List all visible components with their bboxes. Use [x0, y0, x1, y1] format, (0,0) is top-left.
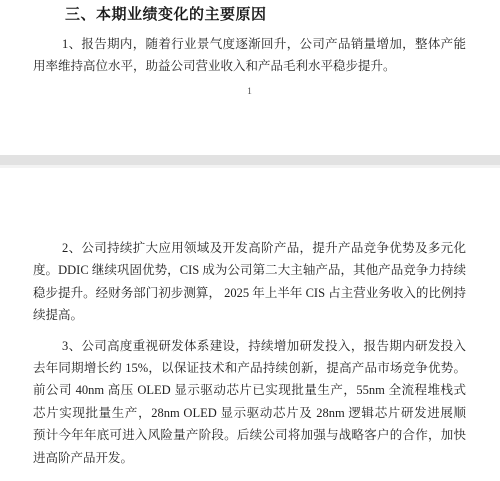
text-line: 1、报告期内，随着行业景气度逐渐回升，公司产品销量增加，整体产能利	[33, 33, 466, 55]
document-viewer: 三、本期业绩变化的主要原因 1、报告期内，随着行业景气度逐渐回升，公司产品销量增…	[0, 0, 500, 481]
section-heading: 三、本期业绩变化的主要原因	[33, 4, 466, 26]
text-line: 续提高。	[33, 304, 466, 326]
text-line: 进高阶产品开发。	[33, 447, 466, 469]
page-break-separator	[0, 155, 500, 168]
paragraph-2: 2、公司持续扩大应用领域及开发高阶产品，提升产品竞争优势及多元化程 度。DDIC…	[33, 237, 466, 327]
paragraph-3: 3、公司高度重视研发体系建设，持续增加研发投入，报告期内研发投入较 去年同期增长…	[33, 335, 466, 469]
text-line: 芯片实现批量生产，28nm OLED 显示驱动芯片及 28nm 逻辑芯片研发进展…	[33, 402, 466, 424]
text-line: 度。DDIC 继续巩固优势，CIS 成为公司第二大主轴产品，其他产品竞争力持续	[33, 259, 466, 281]
text-line: 前公司 40nm 高压 OLED 显示驱动芯片已实现批量生产，55nm 全流程堆…	[33, 379, 466, 401]
text-line: 2、公司持续扩大应用领域及开发高阶产品，提升产品竞争优势及多元化程	[33, 237, 466, 259]
page-number: 1	[33, 85, 466, 99]
text-line: 预计今年年底可进入风险量产阶段。后续公司将加强与战略客户的合作，加快推	[33, 424, 466, 446]
text-line: 用率维持高位水平，助益公司营业收入和产品毛利水平稳步提升。	[33, 55, 466, 77]
text-line: 去年同期增长约 15%，以保证技术和产品持续创新，提高产品市场竞争优势。目	[33, 357, 466, 379]
text-line: 3、公司高度重视研发体系建设，持续增加研发投入，报告期内研发投入较	[33, 335, 466, 357]
page-2: 2、公司持续扩大应用领域及开发高阶产品，提升产品竞争优势及多元化程 度。DDIC…	[0, 168, 500, 478]
paragraph-1: 1、报告期内，随着行业景气度逐渐回升，公司产品销量增加，整体产能利 用率维持高位…	[33, 33, 466, 78]
text-line: 稳步提升。经财务部门初步测算， 2025 年上半年 CIS 占主营业务收入的比例…	[33, 282, 466, 304]
page-1: 三、本期业绩变化的主要原因 1、报告期内，随着行业景气度逐渐回升，公司产品销量增…	[0, 0, 500, 155]
